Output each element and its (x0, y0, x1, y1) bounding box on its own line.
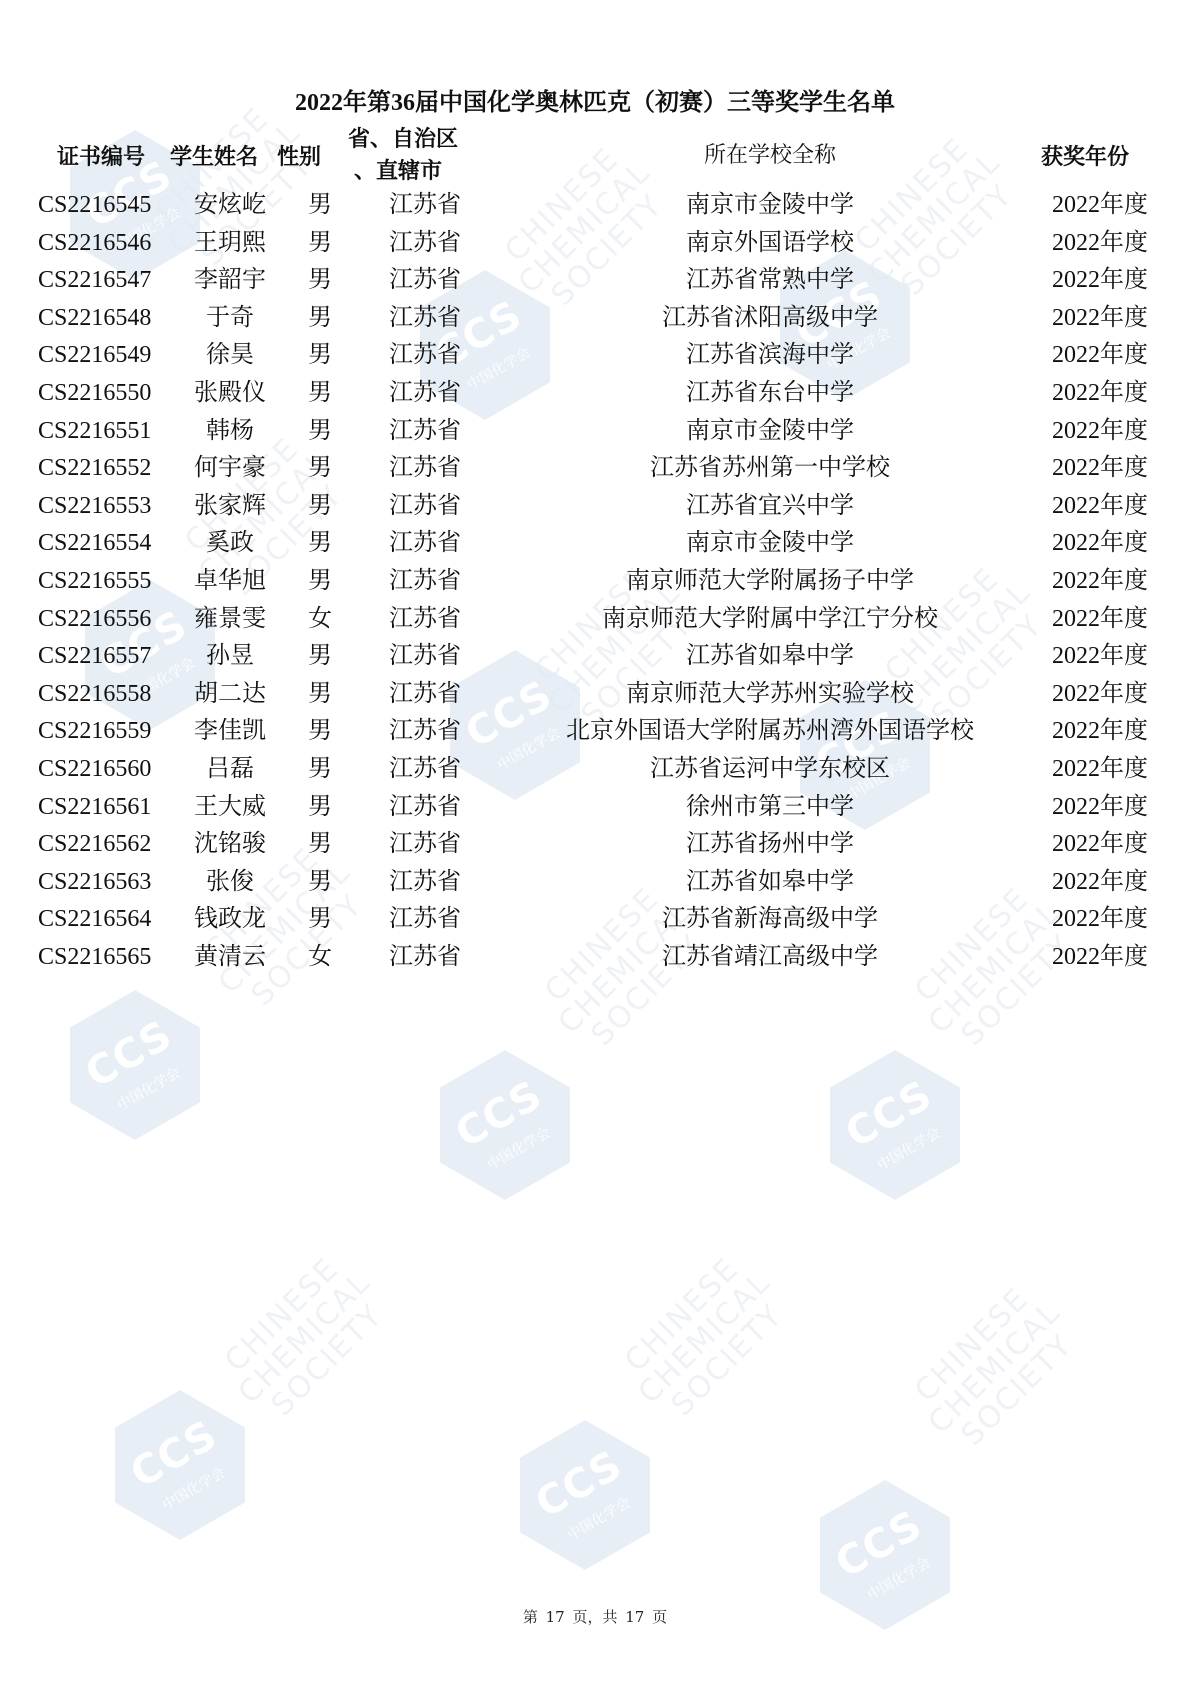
gender-cell: 男 (290, 185, 350, 225)
school-cell: 江苏省宜兴中学 (520, 486, 1020, 526)
student-name-cell: 奚政 (170, 523, 290, 563)
cert-no-cell: CS2216558 (38, 674, 168, 714)
header-school: 所在学校全称 (620, 138, 920, 169)
table-row: CS2216548于奇男江苏省江苏省沭阳高级中学2022年度 (0, 298, 1190, 338)
province-cell: 江苏省 (360, 636, 490, 676)
table-row: CS2216561王大威男江苏省徐州市第三中学2022年度 (0, 787, 1190, 827)
award-year-cell: 2022年度 (1030, 411, 1170, 451)
student-name-cell: 张俊 (170, 862, 290, 902)
student-name-cell: 钱政龙 (170, 899, 290, 939)
student-name-cell: 王玥熙 (170, 223, 290, 263)
table-row: CS2216549徐昊男江苏省江苏省滨海中学2022年度 (0, 335, 1190, 375)
student-name-cell: 张殿仪 (170, 373, 290, 413)
school-cell: 江苏省新海高级中学 (520, 899, 1020, 939)
ccs-logo-watermark: CCS中国化学会 (408, 1031, 603, 1219)
award-year-cell: 2022年度 (1030, 223, 1170, 263)
award-year-cell: 2022年度 (1030, 749, 1170, 789)
award-year-cell: 2022年度 (1030, 523, 1170, 563)
award-year-cell: 2022年度 (1030, 373, 1170, 413)
province-cell: 江苏省 (360, 749, 490, 789)
cert-no-cell: CS2216547 (38, 260, 168, 300)
province-cell: 江苏省 (360, 599, 490, 639)
cert-no-cell: CS2216545 (38, 185, 168, 225)
award-year-cell: 2022年度 (1030, 185, 1170, 225)
school-cell: 江苏省常熟中学 (520, 260, 1020, 300)
province-cell: 江苏省 (360, 486, 490, 526)
cert-no-cell: CS2216554 (38, 523, 168, 563)
school-cell: 江苏省苏州第一中学校 (520, 448, 1020, 488)
gender-cell: 女 (290, 599, 350, 639)
province-cell: 江苏省 (360, 298, 490, 338)
student-name-cell: 安炫屹 (170, 185, 290, 225)
cert-no-cell: CS2216560 (38, 749, 168, 789)
table-row: CS2216547李韶宇男江苏省江苏省常熟中学2022年度 (0, 260, 1190, 300)
watermark-text: CHINESECHEMICALSOCIETY (190, 1223, 421, 1454)
cert-no-cell: CS2216548 (38, 298, 168, 338)
school-cell: 江苏省如皋中学 (520, 636, 1020, 676)
province-cell: 江苏省 (360, 937, 490, 977)
award-year-cell: 2022年度 (1030, 711, 1170, 751)
gender-cell: 男 (290, 223, 350, 263)
table-row: CS2216564钱政龙男江苏省江苏省新海高级中学2022年度 (0, 899, 1190, 939)
table-row: CS2216554奚政男江苏省南京市金陵中学2022年度 (0, 523, 1190, 563)
gender-cell: 女 (290, 937, 350, 977)
ccs-logo-watermark: CCS中国化学会 (798, 1031, 993, 1219)
student-name-cell: 卓华旭 (170, 561, 290, 601)
gender-cell: 男 (290, 411, 350, 451)
cert-no-cell: CS2216565 (38, 937, 168, 977)
table-row: CS2216563张俊男江苏省江苏省如皋中学2022年度 (0, 862, 1190, 902)
award-year-cell: 2022年度 (1030, 260, 1170, 300)
table-row: CS2216558胡二达男江苏省南京师范大学苏州实验学校2022年度 (0, 674, 1190, 714)
school-cell: 南京市金陵中学 (520, 185, 1020, 225)
page-number: 第 17 页，共 17 页 (0, 1606, 1190, 1627)
cert-no-cell: CS2216557 (38, 636, 168, 676)
student-name-cell: 于奇 (170, 298, 290, 338)
gender-cell: 男 (290, 448, 350, 488)
student-name-cell: 张家辉 (170, 486, 290, 526)
header-year: 获奖年份 (1020, 140, 1150, 171)
gender-cell: 男 (290, 899, 350, 939)
watermark-text: CHINESECHEMICALSOCIETY (880, 1253, 1111, 1484)
student-name-cell: 韩杨 (170, 411, 290, 451)
school-cell: 徐州市第三中学 (520, 787, 1020, 827)
school-cell: 江苏省运河中学东校区 (520, 749, 1020, 789)
table-row: CS2216555卓华旭男江苏省南京师范大学附属扬子中学2022年度 (0, 561, 1190, 601)
school-cell: 江苏省靖江高级中学 (520, 937, 1020, 977)
school-cell: 南京市金陵中学 (520, 523, 1020, 563)
award-year-cell: 2022年度 (1030, 486, 1170, 526)
gender-cell: 男 (290, 862, 350, 902)
gender-cell: 男 (290, 749, 350, 789)
table-row: CS2216560吕磊男江苏省江苏省运河中学东校区2022年度 (0, 749, 1190, 789)
province-cell: 江苏省 (360, 824, 490, 864)
cert-no-cell: CS2216559 (38, 711, 168, 751)
student-name-cell: 徐昊 (170, 335, 290, 375)
header-cert-no: 证书编号 (46, 140, 156, 171)
school-cell: 江苏省滨海中学 (520, 335, 1020, 375)
school-cell: 江苏省东台中学 (520, 373, 1020, 413)
cert-no-cell: CS2216562 (38, 824, 168, 864)
province-cell: 江苏省 (360, 711, 490, 751)
header-province-line2: 、直辖市 (340, 154, 456, 185)
award-year-cell: 2022年度 (1030, 899, 1170, 939)
award-year-cell: 2022年度 (1030, 862, 1170, 902)
header-gender: 性别 (272, 140, 326, 171)
province-cell: 江苏省 (360, 260, 490, 300)
student-name-cell: 雍景雯 (170, 599, 290, 639)
student-name-cell: 胡二达 (170, 674, 290, 714)
header-name: 学生姓名 (164, 140, 264, 171)
award-year-cell: 2022年度 (1030, 561, 1170, 601)
ccs-logo-watermark: CCS中国化学会 (488, 1401, 683, 1589)
student-name-cell: 李佳凯 (170, 711, 290, 751)
award-year-cell: 2022年度 (1030, 599, 1170, 639)
province-cell: 江苏省 (360, 373, 490, 413)
gender-cell: 男 (290, 561, 350, 601)
cert-no-cell: CS2216546 (38, 223, 168, 263)
school-cell: 南京市金陵中学 (520, 411, 1020, 451)
watermark-text: CHINESECHEMICALSOCIETY (590, 1223, 821, 1454)
table-row: CS2216565黄清云女江苏省江苏省靖江高级中学2022年度 (0, 937, 1190, 977)
cert-no-cell: CS2216550 (38, 373, 168, 413)
student-name-cell: 吕磊 (170, 749, 290, 789)
award-year-cell: 2022年度 (1030, 937, 1170, 977)
award-year-cell: 2022年度 (1030, 674, 1170, 714)
province-cell: 江苏省 (360, 787, 490, 827)
cert-no-cell: CS2216561 (38, 787, 168, 827)
table-row: CS2216550张殿仪男江苏省江苏省东台中学2022年度 (0, 373, 1190, 413)
gender-cell: 男 (290, 298, 350, 338)
gender-cell: 男 (290, 787, 350, 827)
gender-cell: 男 (290, 335, 350, 375)
award-year-cell: 2022年度 (1030, 787, 1170, 827)
school-cell: 江苏省沭阳高级中学 (520, 298, 1020, 338)
school-cell: 南京外国语学校 (520, 223, 1020, 263)
gender-cell: 男 (290, 824, 350, 864)
province-cell: 江苏省 (360, 561, 490, 601)
ccs-logo-watermark: CCS中国化学会 (83, 1371, 278, 1559)
student-name-cell: 沈铭骏 (170, 824, 290, 864)
school-cell: 南京师范大学苏州实验学校 (520, 674, 1020, 714)
cert-no-cell: CS2216564 (38, 899, 168, 939)
province-cell: 江苏省 (360, 523, 490, 563)
school-cell: 南京师范大学附属中学江宁分校 (520, 599, 1020, 639)
province-cell: 江苏省 (360, 223, 490, 263)
header-province-line1: 省、自治区 (340, 122, 466, 153)
award-year-cell: 2022年度 (1030, 636, 1170, 676)
cert-no-cell: CS2216552 (38, 448, 168, 488)
student-name-cell: 王大威 (170, 787, 290, 827)
table-row: CS2216557孙昱男江苏省江苏省如皋中学2022年度 (0, 636, 1190, 676)
award-year-cell: 2022年度 (1030, 335, 1170, 375)
award-year-cell: 2022年度 (1030, 298, 1170, 338)
table-row: CS2216553张家辉男江苏省江苏省宜兴中学2022年度 (0, 486, 1190, 526)
student-name-cell: 李韶宇 (170, 260, 290, 300)
table-row: CS2216552何宇豪男江苏省江苏省苏州第一中学校2022年度 (0, 448, 1190, 488)
gender-cell: 男 (290, 486, 350, 526)
gender-cell: 男 (290, 674, 350, 714)
student-name-cell: 黄清云 (170, 937, 290, 977)
province-cell: 江苏省 (360, 411, 490, 451)
cert-no-cell: CS2216551 (38, 411, 168, 451)
cert-no-cell: CS2216555 (38, 561, 168, 601)
cert-no-cell: CS2216553 (38, 486, 168, 526)
school-cell: 江苏省如皋中学 (520, 862, 1020, 902)
school-cell: 南京师范大学附属扬子中学 (520, 561, 1020, 601)
ccs-logo-watermark: CCS中国化学会 (38, 971, 233, 1159)
award-year-cell: 2022年度 (1030, 448, 1170, 488)
province-cell: 江苏省 (360, 335, 490, 375)
table-row: CS2216562沈铭骏男江苏省江苏省扬州中学2022年度 (0, 824, 1190, 864)
gender-cell: 男 (290, 711, 350, 751)
gender-cell: 男 (290, 373, 350, 413)
document-title: 2022年第36届中国化学奥林匹克（初赛）三等奖学生名单 (0, 82, 1190, 117)
cert-no-cell: CS2216563 (38, 862, 168, 902)
table-row: CS2216559李佳凯男江苏省北京外国语大学附属苏州湾外国语学校2022年度 (0, 711, 1190, 751)
gender-cell: 男 (290, 260, 350, 300)
school-cell: 江苏省扬州中学 (520, 824, 1020, 864)
province-cell: 江苏省 (360, 674, 490, 714)
table-header: 证书编号 学生姓名 性别 省、自治区 、直辖市 所在学校全称 获奖年份 (0, 130, 1190, 190)
province-cell: 江苏省 (360, 899, 490, 939)
gender-cell: 男 (290, 523, 350, 563)
table-row: CS2216545安炫屹男江苏省南京市金陵中学2022年度 (0, 185, 1190, 225)
cert-no-cell: CS2216556 (38, 599, 168, 639)
table-row: CS2216546王玥熙男江苏省南京外国语学校2022年度 (0, 223, 1190, 263)
student-name-cell: 孙昱 (170, 636, 290, 676)
cert-no-cell: CS2216549 (38, 335, 168, 375)
award-year-cell: 2022年度 (1030, 824, 1170, 864)
province-cell: 江苏省 (360, 448, 490, 488)
table-row: CS2216551韩杨男江苏省南京市金陵中学2022年度 (0, 411, 1190, 451)
student-name-cell: 何宇豪 (170, 448, 290, 488)
province-cell: 江苏省 (360, 862, 490, 902)
gender-cell: 男 (290, 636, 350, 676)
province-cell: 江苏省 (360, 185, 490, 225)
school-cell: 北京外国语大学附属苏州湾外国语学校 (520, 711, 1020, 751)
table-row: CS2216556雍景雯女江苏省南京师范大学附属中学江宁分校2022年度 (0, 599, 1190, 639)
